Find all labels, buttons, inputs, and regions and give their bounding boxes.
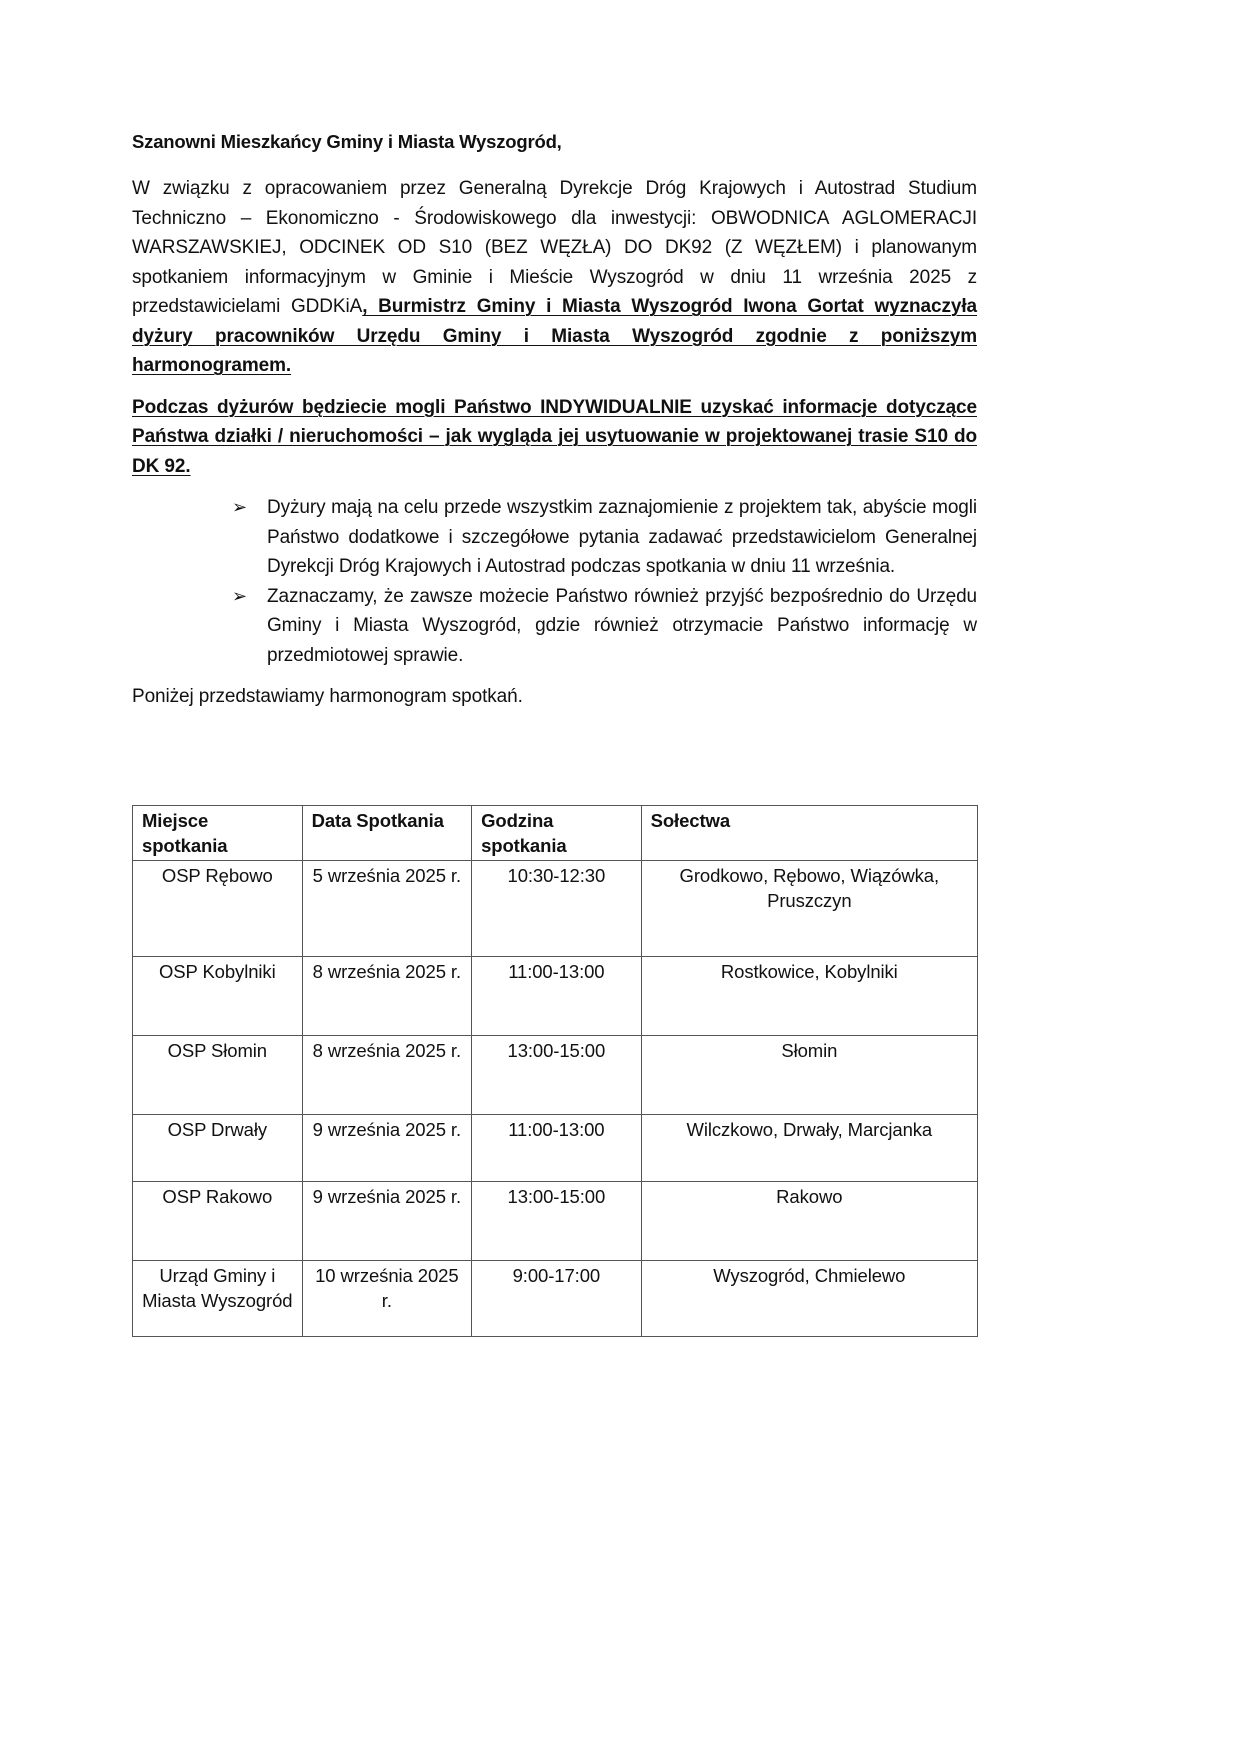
cell-date: 5 września 2025 r. bbox=[302, 861, 472, 957]
table-row: OSP Drwały 9 września 2025 r. 11:00-13:0… bbox=[133, 1115, 978, 1182]
cell-villages: Wilczkowo, Drwały, Marcjanka bbox=[641, 1115, 977, 1182]
bullet-item: ➢ Zaznaczamy, że zawsze możecie Państwo … bbox=[232, 582, 977, 671]
header-place: Miejsce spotkania bbox=[133, 806, 303, 861]
cell-date: 10 września 2025 r. bbox=[302, 1261, 472, 1337]
arrowhead-bullet-icon: ➢ bbox=[232, 493, 247, 523]
greeting: Szanowni Mieszkańcy Gminy i Miasta Wyszo… bbox=[132, 128, 977, 156]
table-header-row: Miejsce spotkania Data Spotkania Godzina… bbox=[133, 806, 978, 861]
individual-info-paragraph: Podczas dyżurów będziecie mogli Państwo … bbox=[132, 393, 977, 482]
cell-place: Urząd Gminy i Miasta Wyszogród bbox=[133, 1261, 303, 1337]
cell-place: OSP Drwały bbox=[133, 1115, 303, 1182]
table-row: OSP Słomin 8 września 2025 r. 13:00-15:0… bbox=[133, 1036, 978, 1115]
cell-time: 10:30-12:30 bbox=[472, 861, 642, 957]
cell-place: OSP Słomin bbox=[133, 1036, 303, 1115]
cell-date: 8 września 2025 r. bbox=[302, 957, 472, 1036]
cell-place: OSP Kobylniki bbox=[133, 957, 303, 1036]
cell-time: 13:00-15:00 bbox=[472, 1036, 642, 1115]
bullet-text: Zaznaczamy, że zawsze możecie Państwo ró… bbox=[267, 586, 977, 666]
table-row: Urząd Gminy i Miasta Wyszogród 10 wrześn… bbox=[133, 1261, 978, 1337]
cell-date: 8 września 2025 r. bbox=[302, 1036, 472, 1115]
table-row: OSP Kobylniki 8 września 2025 r. 11:00-1… bbox=[133, 957, 978, 1036]
header-date: Data Spotkania bbox=[302, 806, 472, 861]
table-row: OSP Rębowo 5 września 2025 r. 10:30-12:3… bbox=[133, 861, 978, 957]
cell-place: OSP Rębowo bbox=[133, 861, 303, 957]
bullet-item: ➢ Dyżury mają na celu przede wszystkim z… bbox=[232, 493, 977, 582]
cell-villages: Grodkowo, Rębowo, Wiązówka, Pruszczyn bbox=[641, 861, 977, 957]
cell-villages: Wyszogród, Chmielewo bbox=[641, 1261, 977, 1337]
intro-paragraph: W związku z opracowaniem przez Generalną… bbox=[132, 174, 977, 381]
document-page: Szanowni Mieszkańcy Gminy i Miasta Wyszo… bbox=[132, 128, 977, 724]
header-time: Godzina spotkania bbox=[472, 806, 642, 861]
cell-time: 9:00-17:00 bbox=[472, 1261, 642, 1337]
cell-time: 11:00-13:00 bbox=[472, 1115, 642, 1182]
bullet-text: Dyżury mają na celu przede wszystkim zaz… bbox=[267, 497, 977, 577]
table-intro: Poniżej przedstawiamy harmonogram spotka… bbox=[132, 682, 977, 712]
cell-date: 9 września 2025 r. bbox=[302, 1182, 472, 1261]
header-villages: Sołectwa bbox=[641, 806, 977, 861]
cell-villages: Rakowo bbox=[641, 1182, 977, 1261]
cell-time: 13:00-15:00 bbox=[472, 1182, 642, 1261]
cell-villages: Słomin bbox=[641, 1036, 977, 1115]
cell-time: 11:00-13:00 bbox=[472, 957, 642, 1036]
cell-place: OSP Rakowo bbox=[133, 1182, 303, 1261]
arrowhead-bullet-icon: ➢ bbox=[232, 582, 247, 612]
bullet-list: ➢ Dyżury mają na celu przede wszystkim z… bbox=[232, 493, 977, 670]
cell-villages: Rostkowice, Kobylniki bbox=[641, 957, 977, 1036]
schedule-table: Miejsce spotkania Data Spotkania Godzina… bbox=[132, 805, 978, 1337]
cell-date: 9 września 2025 r. bbox=[302, 1115, 472, 1182]
table-row: OSP Rakowo 9 września 2025 r. 13:00-15:0… bbox=[133, 1182, 978, 1261]
